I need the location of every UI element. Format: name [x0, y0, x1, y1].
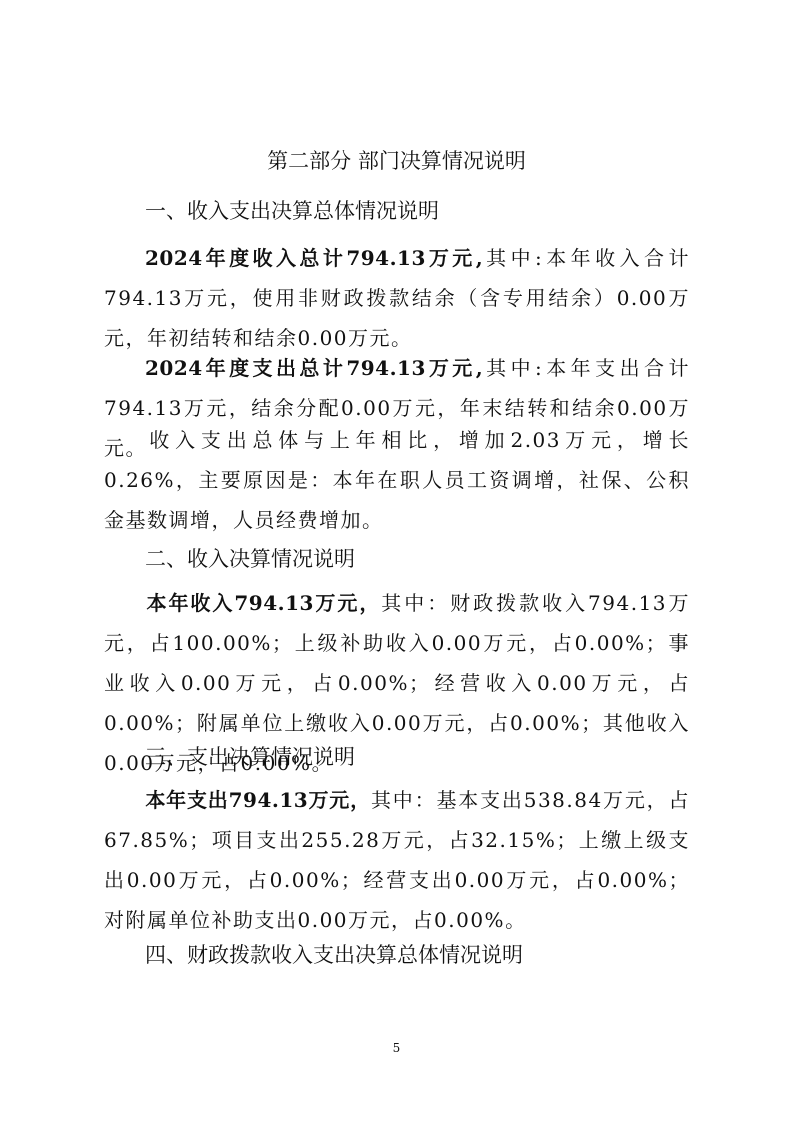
paragraph-bold-lead: 本年支出794.13万元，: [145, 788, 371, 812]
page-number: 5: [0, 1040, 793, 1056]
paragraph-body: 收入支出总体与上年相比，增加2.03万元，增长0.26%，主要原因是：本年在职人…: [104, 428, 690, 532]
section-heading-3: 三、支出决算情况说明: [145, 742, 355, 772]
paragraph-bold-lead: 本年收入794.13万元，: [145, 591, 381, 615]
section-heading-2: 二、收入决算情况说明: [145, 544, 355, 574]
paragraph-income-total: 2024年度收入总计794.13万元,其中:本年收入合计794.13万元，使用非…: [104, 238, 690, 358]
section-heading-4: 四、财政拨款收入支出决算总体情况说明: [145, 940, 523, 970]
paragraph-year-comparison: 收入支出总体与上年相比，增加2.03万元，增长0.26%，主要原因是：本年在职人…: [104, 420, 690, 540]
page-title: 第二部分 部门决算情况说明: [0, 146, 793, 176]
paragraph-bold-lead: 2024年度收入总计794.13万元,: [145, 246, 483, 270]
paragraph-expense-detail: 本年支出794.13万元，其中：基本支出538.84万元，占67.85%；项目支…: [104, 780, 690, 940]
section-heading-1: 一、收入支出决算总体情况说明: [145, 196, 439, 226]
document-page: 第二部分 部门决算情况说明 一、收入支出决算总体情况说明 2024年度收入总计7…: [0, 0, 793, 1122]
paragraph-bold-lead: 2024年度支出总计794.13万元,: [145, 356, 483, 380]
